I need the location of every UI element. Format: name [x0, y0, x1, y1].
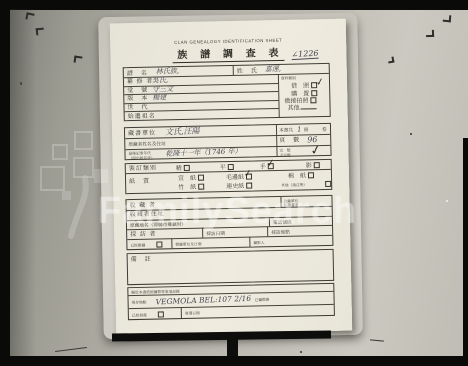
checkbox [246, 183, 252, 189]
checkbox [198, 184, 204, 190]
divider [181, 307, 182, 318]
field-label: 現存地點 [132, 301, 147, 305]
film-border-top [0, 0, 468, 10]
handwritten-value: 嘉運, [265, 66, 281, 74]
photo-area: CLAN GENEALOGY IDENTIFICATION SHEET 族 譜 … [0, 0, 468, 366]
field-label: 發還日期 [185, 311, 200, 315]
field-label: 世 代 [127, 104, 148, 110]
handwritten-value: 楊建 [152, 94, 166, 102]
field-label: 最後記事年代 [128, 152, 150, 156]
blank-line [301, 108, 317, 109]
checkmark-icon: ✓ [315, 77, 325, 88]
microfilmed-option: 已經微攝 [130, 241, 162, 249]
film-mark [443, 15, 452, 23]
handwritten-value: 林氏族, [156, 68, 179, 76]
checkbox [198, 175, 204, 181]
checkbox [314, 162, 320, 168]
divider [233, 66, 234, 75]
familysearch-watermark: FamilySearch [98, 190, 357, 233]
material-option: 微捲拍照 [284, 97, 316, 105]
paper-option: 連史紙 [226, 183, 252, 191]
field-label: 堂 號 [127, 87, 148, 93]
logo-square [74, 131, 93, 150]
checkbox [325, 181, 331, 187]
field-label: 本書共 [279, 128, 293, 133]
field-label: 紙 質 [129, 179, 150, 185]
film-scratch [55, 347, 87, 352]
film-mark [426, 30, 434, 37]
film-border-right [463, 138, 468, 358]
film-border-bottom [0, 356, 468, 366]
field-note: 已攝微捲 [255, 298, 270, 302]
table-identification: 譜 名 林氏族, 姓 氏 嘉運, 纂 修 者 吳氏, 堂 號 守三文 版 本 楊… [123, 63, 331, 121]
film-mark [74, 55, 83, 63]
table-binding-paper: 裝訂類別 精 平 手 ✓ 影 紙 質 宣 紙 毛邊紙 ✓ 棉 紙 竹 紙 連史紙… [125, 159, 333, 194]
field-label: 姓 氏 [237, 68, 258, 74]
field-label: 譜 名 [127, 70, 148, 76]
field-label: 不完整 [280, 153, 291, 157]
handwritten-value: 1 [297, 126, 302, 133]
genealogy-form: CLAN GENEALOGY IDENTIFICATION SHEET 族 譜 … [110, 19, 352, 336]
copy-stand-bar [112, 330, 331, 341]
field-label: 卷 [322, 128, 327, 133]
film-speck [410, 133, 412, 135]
film-speck [446, 200, 448, 202]
film-mark [25, 12, 34, 21]
divider [171, 238, 172, 248]
handwritten-value: 守三文 [152, 86, 173, 94]
handwritten-value: 乾隆十一年（1746 年） [165, 148, 241, 158]
field-label: 攝影人 [253, 241, 264, 245]
field-label: 始遷祖名 [128, 113, 156, 120]
film-mark [36, 28, 45, 36]
paper-option: 宣 紙 [178, 175, 204, 183]
sheet-number: ∠1226 [291, 49, 319, 60]
checkmark-icon: ✓ [309, 143, 322, 158]
checkbox [156, 241, 162, 247]
checkbox [310, 97, 316, 103]
checkmark-icon: ✓ [266, 158, 276, 169]
table-remarks: 備 註 [127, 249, 335, 285]
checkmark-icon: ✓ [243, 169, 253, 180]
field-label: 纂 修 者 [127, 79, 153, 86]
field-label: 版 本 [127, 96, 148, 102]
material-type-title: 資料類別 [281, 77, 296, 81]
paper-option: 棉 紙 [288, 172, 314, 180]
film-speck [20, 82, 22, 85]
checkbox [228, 164, 234, 170]
microfilm-frame: CLAN GENEALOGY IDENTIFICATION SHEET 族 譜 … [0, 0, 468, 366]
film-border-left [0, 0, 10, 358]
checkbox [158, 311, 164, 317]
divider [278, 74, 280, 117]
field-label: 備 註 [131, 257, 152, 263]
table-volume-info: 藏書單位 文氏,汪陽 本書共 1 冊 卷 原藏者姓名及住址 頁 數 96 最後記… [124, 123, 332, 160]
field-label: 微攝單位及日期 [175, 242, 201, 246]
field-label: 裝訂類別 [129, 166, 157, 173]
binding-option: 精 [176, 165, 190, 172]
returned-option: 已經發還 [132, 311, 164, 319]
table-location-return: 關於本書借照攝影等事項記錄 現存地點 VEGMOLA BEL:107 2/16 … [127, 283, 335, 320]
field-label: 原藏者姓名及住址 [128, 142, 166, 147]
binding-option: 影 [306, 162, 320, 169]
material-option: 借 照 [291, 82, 317, 90]
field-label: 頁 數 [279, 138, 300, 144]
film-speck [300, 351, 302, 353]
film-mark [388, 57, 395, 64]
checkbox [308, 172, 314, 178]
logo-square [52, 144, 68, 160]
binding-option: 平 [220, 164, 234, 171]
handwritten-value: 吳氏, [152, 77, 168, 85]
divider [127, 235, 332, 240]
handwritten-location: VEGMOLA BEL:107 2/16 [155, 294, 251, 305]
field-label: 藏書單位 [128, 130, 156, 137]
film-scratch [370, 339, 384, 341]
checkbox [311, 90, 317, 96]
field-label: 冊 [304, 128, 309, 133]
material-option: 購 置 [291, 90, 317, 98]
material-option: 其他 [288, 105, 317, 112]
handwritten-value: 文氏,汪陽 [165, 127, 200, 136]
checkbox [184, 165, 190, 171]
paper-option: 其他（請注明） [281, 181, 331, 189]
divider [276, 125, 278, 156]
field-label: （即出版年代） [129, 156, 155, 160]
field-label: 完 整 [279, 149, 290, 153]
divider [249, 237, 250, 247]
